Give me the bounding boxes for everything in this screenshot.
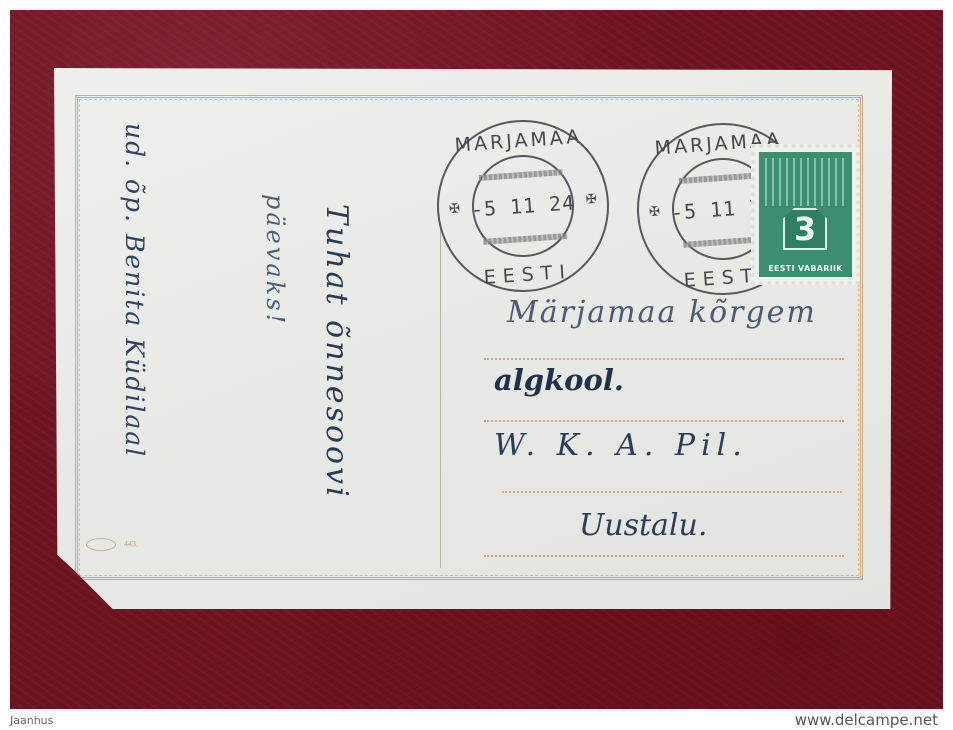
credit-text: Jaanhus	[10, 714, 53, 727]
address-line-4: Uustalu.	[579, 508, 707, 543]
publisher-logo-icon	[86, 538, 116, 551]
postage-stamp: 3 EESTI VABARIIK	[751, 144, 860, 285]
divider-line	[440, 228, 441, 568]
publisher-number: 443.	[124, 539, 138, 548]
postcard: 443. Tuhat õnnesoovi päevaks! ud. õp. Be…	[54, 68, 892, 609]
stamp-label: EESTI VABARIIK	[759, 264, 852, 273]
address-line-2: algkool.	[494, 363, 624, 397]
address-line	[502, 491, 842, 493]
weaver-loom-icon	[765, 158, 846, 206]
address-line	[484, 358, 844, 360]
address-line	[484, 420, 844, 422]
message-signature: ud. õp. Benita Küdilaal	[120, 123, 149, 458]
publisher-mark: 443.	[86, 538, 138, 551]
stamp-value: 3	[783, 208, 827, 250]
address-line-1: Märjamaa kõrgem	[507, 295, 817, 330]
address-line-3: W. K. A. Pil.	[494, 428, 748, 463]
postcard-photo: 443. Tuhat õnnesoovi päevaks! ud. õp. Be…	[10, 10, 943, 709]
address-line	[484, 555, 844, 557]
stamp-body: 3 EESTI VABARIIK	[759, 152, 852, 277]
site-watermark[interactable]: www.delcampe.net	[795, 711, 938, 729]
message-line-2: päevaks!	[261, 194, 289, 326]
message-line-1: Tuhat õnnesoovi	[319, 204, 354, 500]
caption-bar: Jaanhus www.delcampe.net	[0, 710, 953, 730]
postmark: MARJAMAA ✠ ✠ -5 11 24 EESTI	[431, 114, 615, 298]
